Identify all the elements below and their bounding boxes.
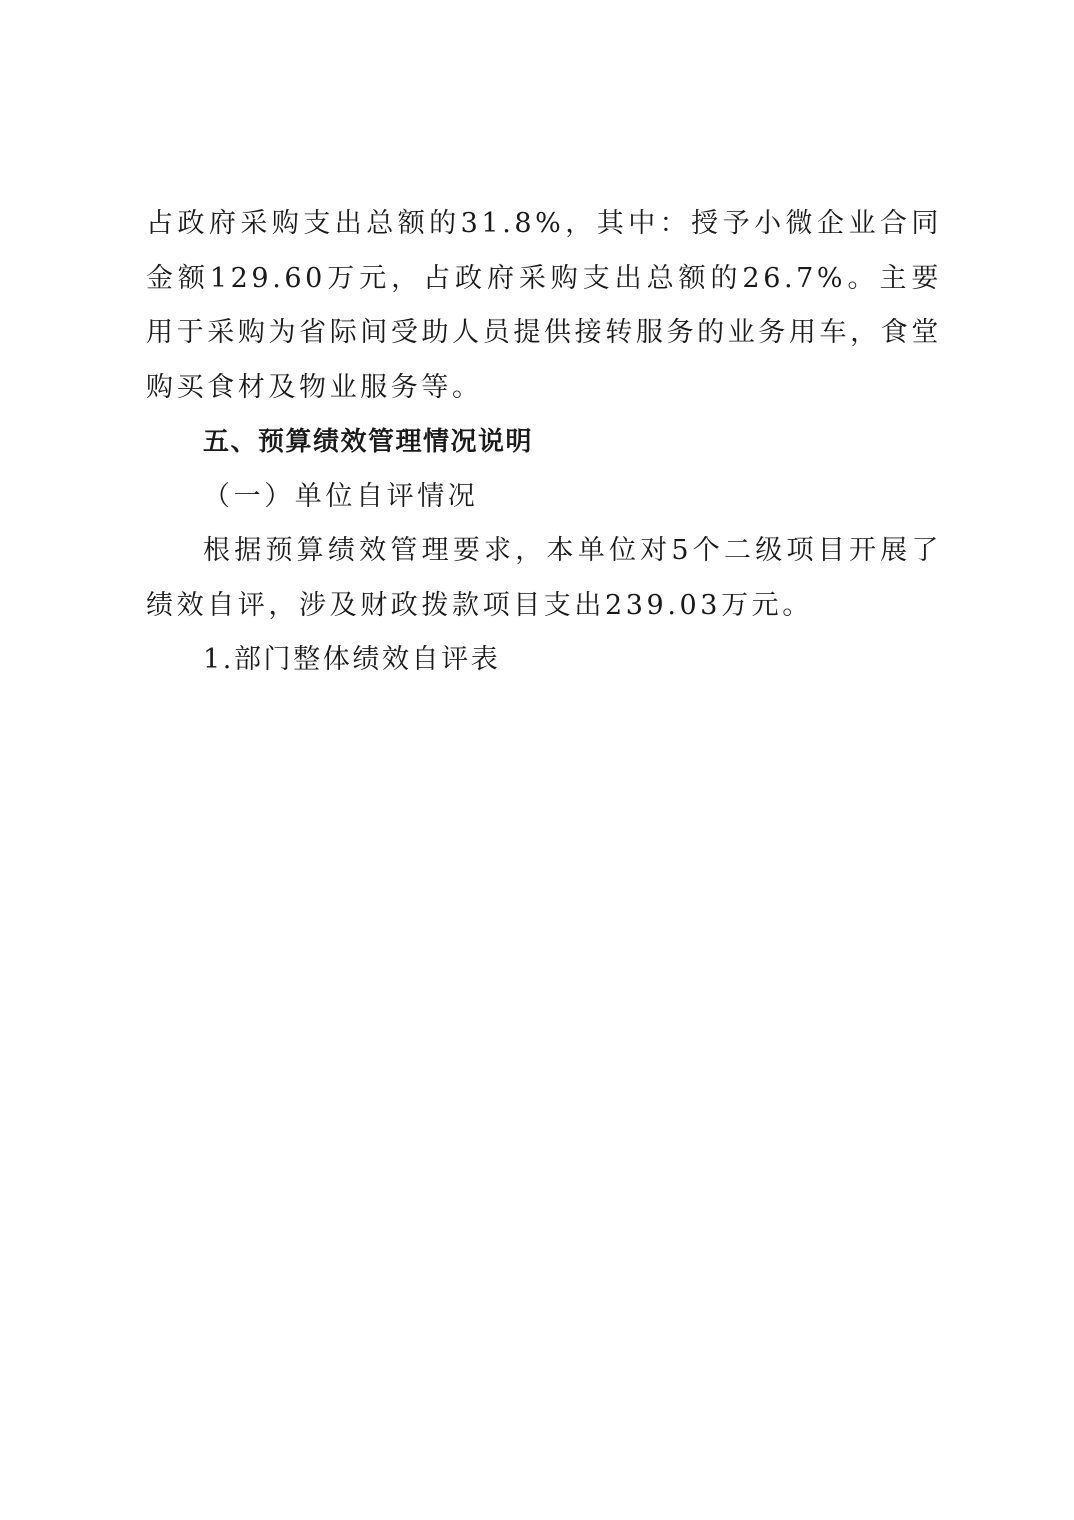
document-page: 占政府采购支出总额的31.8%，其中：授予小微企业合同金额129.60万元，占政…	[146, 197, 942, 688]
subsection-heading-unit-self-evaluation: （一）单位自评情况	[146, 470, 942, 525]
table-caption-department-evaluation: 1.部门整体绩效自评表	[146, 633, 942, 688]
paragraph-self-evaluation: 根据预算绩效管理要求，本单位对5个二级项目开展了绩效自评，涉及财政拨款项目支出2…	[146, 524, 942, 633]
section-heading-budget-performance: 五、预算绩效管理情况说明	[146, 415, 942, 470]
paragraph-procurement-continuation: 占政府采购支出总额的31.8%，其中：授予小微企业合同金额129.60万元，占政…	[146, 197, 942, 415]
